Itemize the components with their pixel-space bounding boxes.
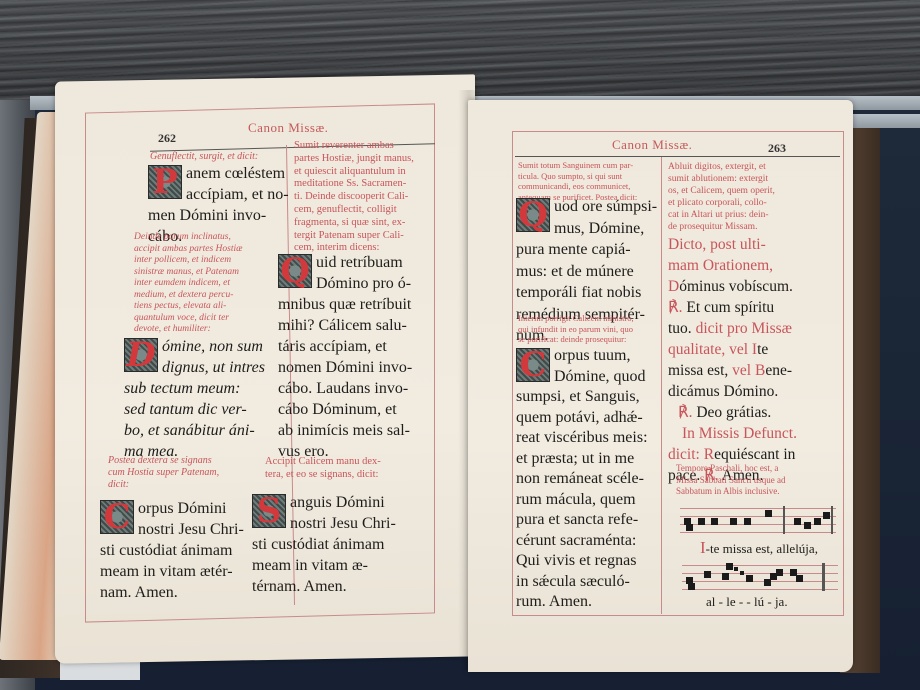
running-head-right: Canon Missæ. [612, 137, 692, 153]
header-rule-right [515, 156, 840, 157]
illuminated-initial-p: P [148, 165, 182, 199]
rubric-deinde: Deinde parum inclinatus, accipit ambas p… [134, 232, 284, 336]
chant-lyric-1: I-te missa est, allelúja, [700, 538, 818, 558]
prayer-domine-non-sum: D ómine, non sum dignus, ut intres sub t… [124, 336, 284, 462]
rubric-accipit-calicem: Accipit Calicem manu dex- tera, et eo se… [265, 455, 425, 481]
running-head-left: Canon Missæ. [248, 120, 328, 136]
rubric-tempore-paschali: Tempore Paschali, hoc est, a Missa Sabba… [676, 463, 836, 498]
prayer-corpus-tuum: C orpus tuum, Dómine, quod sumpsi, et Sa… [516, 346, 661, 613]
page-number-right: 263 [768, 141, 786, 156]
rubric-abluit: Abluit digitos, extergit, et sumit ablut… [668, 161, 796, 233]
illuminated-initial-q: Q [516, 198, 550, 232]
prayer-corpus-domini: C orpus Dómini nostri Jesu Chri- sti cus… [100, 498, 250, 603]
chant-lyric-2: al - le - - lú - ja. [706, 594, 788, 610]
illuminated-initial-c: C [100, 500, 134, 534]
illuminated-initial-s: S [252, 494, 286, 528]
rubric-postea: Postea dextera se signans cum Hostia sup… [108, 455, 258, 491]
illuminated-initial-q: Q [278, 254, 312, 288]
page-number-left: 262 [158, 131, 176, 146]
prayer-sanguis-domini: S anguis Dómini nostri Jesu Chri- sti cu… [252, 492, 422, 597]
column-rule-right [661, 157, 662, 614]
chant-staff-1 [680, 506, 836, 536]
prayer-quid-retribuam: Q uid retríbuam Dómino pro ó- mnibus quæ… [278, 252, 428, 462]
rubric-sumit-reverenter: Sumit reverenter ambas partes Hostiæ, ju… [294, 140, 434, 255]
rubric-interim: Interim porrigit Calicem ministro, qui i… [518, 313, 660, 345]
illuminated-initial-d: D [124, 338, 158, 372]
dismissal-text: Dicto, post ulti- mam Orationem, Dóminus… [668, 234, 838, 486]
illuminated-initial-c: C [516, 348, 550, 382]
chant-staff-2 [682, 563, 838, 593]
